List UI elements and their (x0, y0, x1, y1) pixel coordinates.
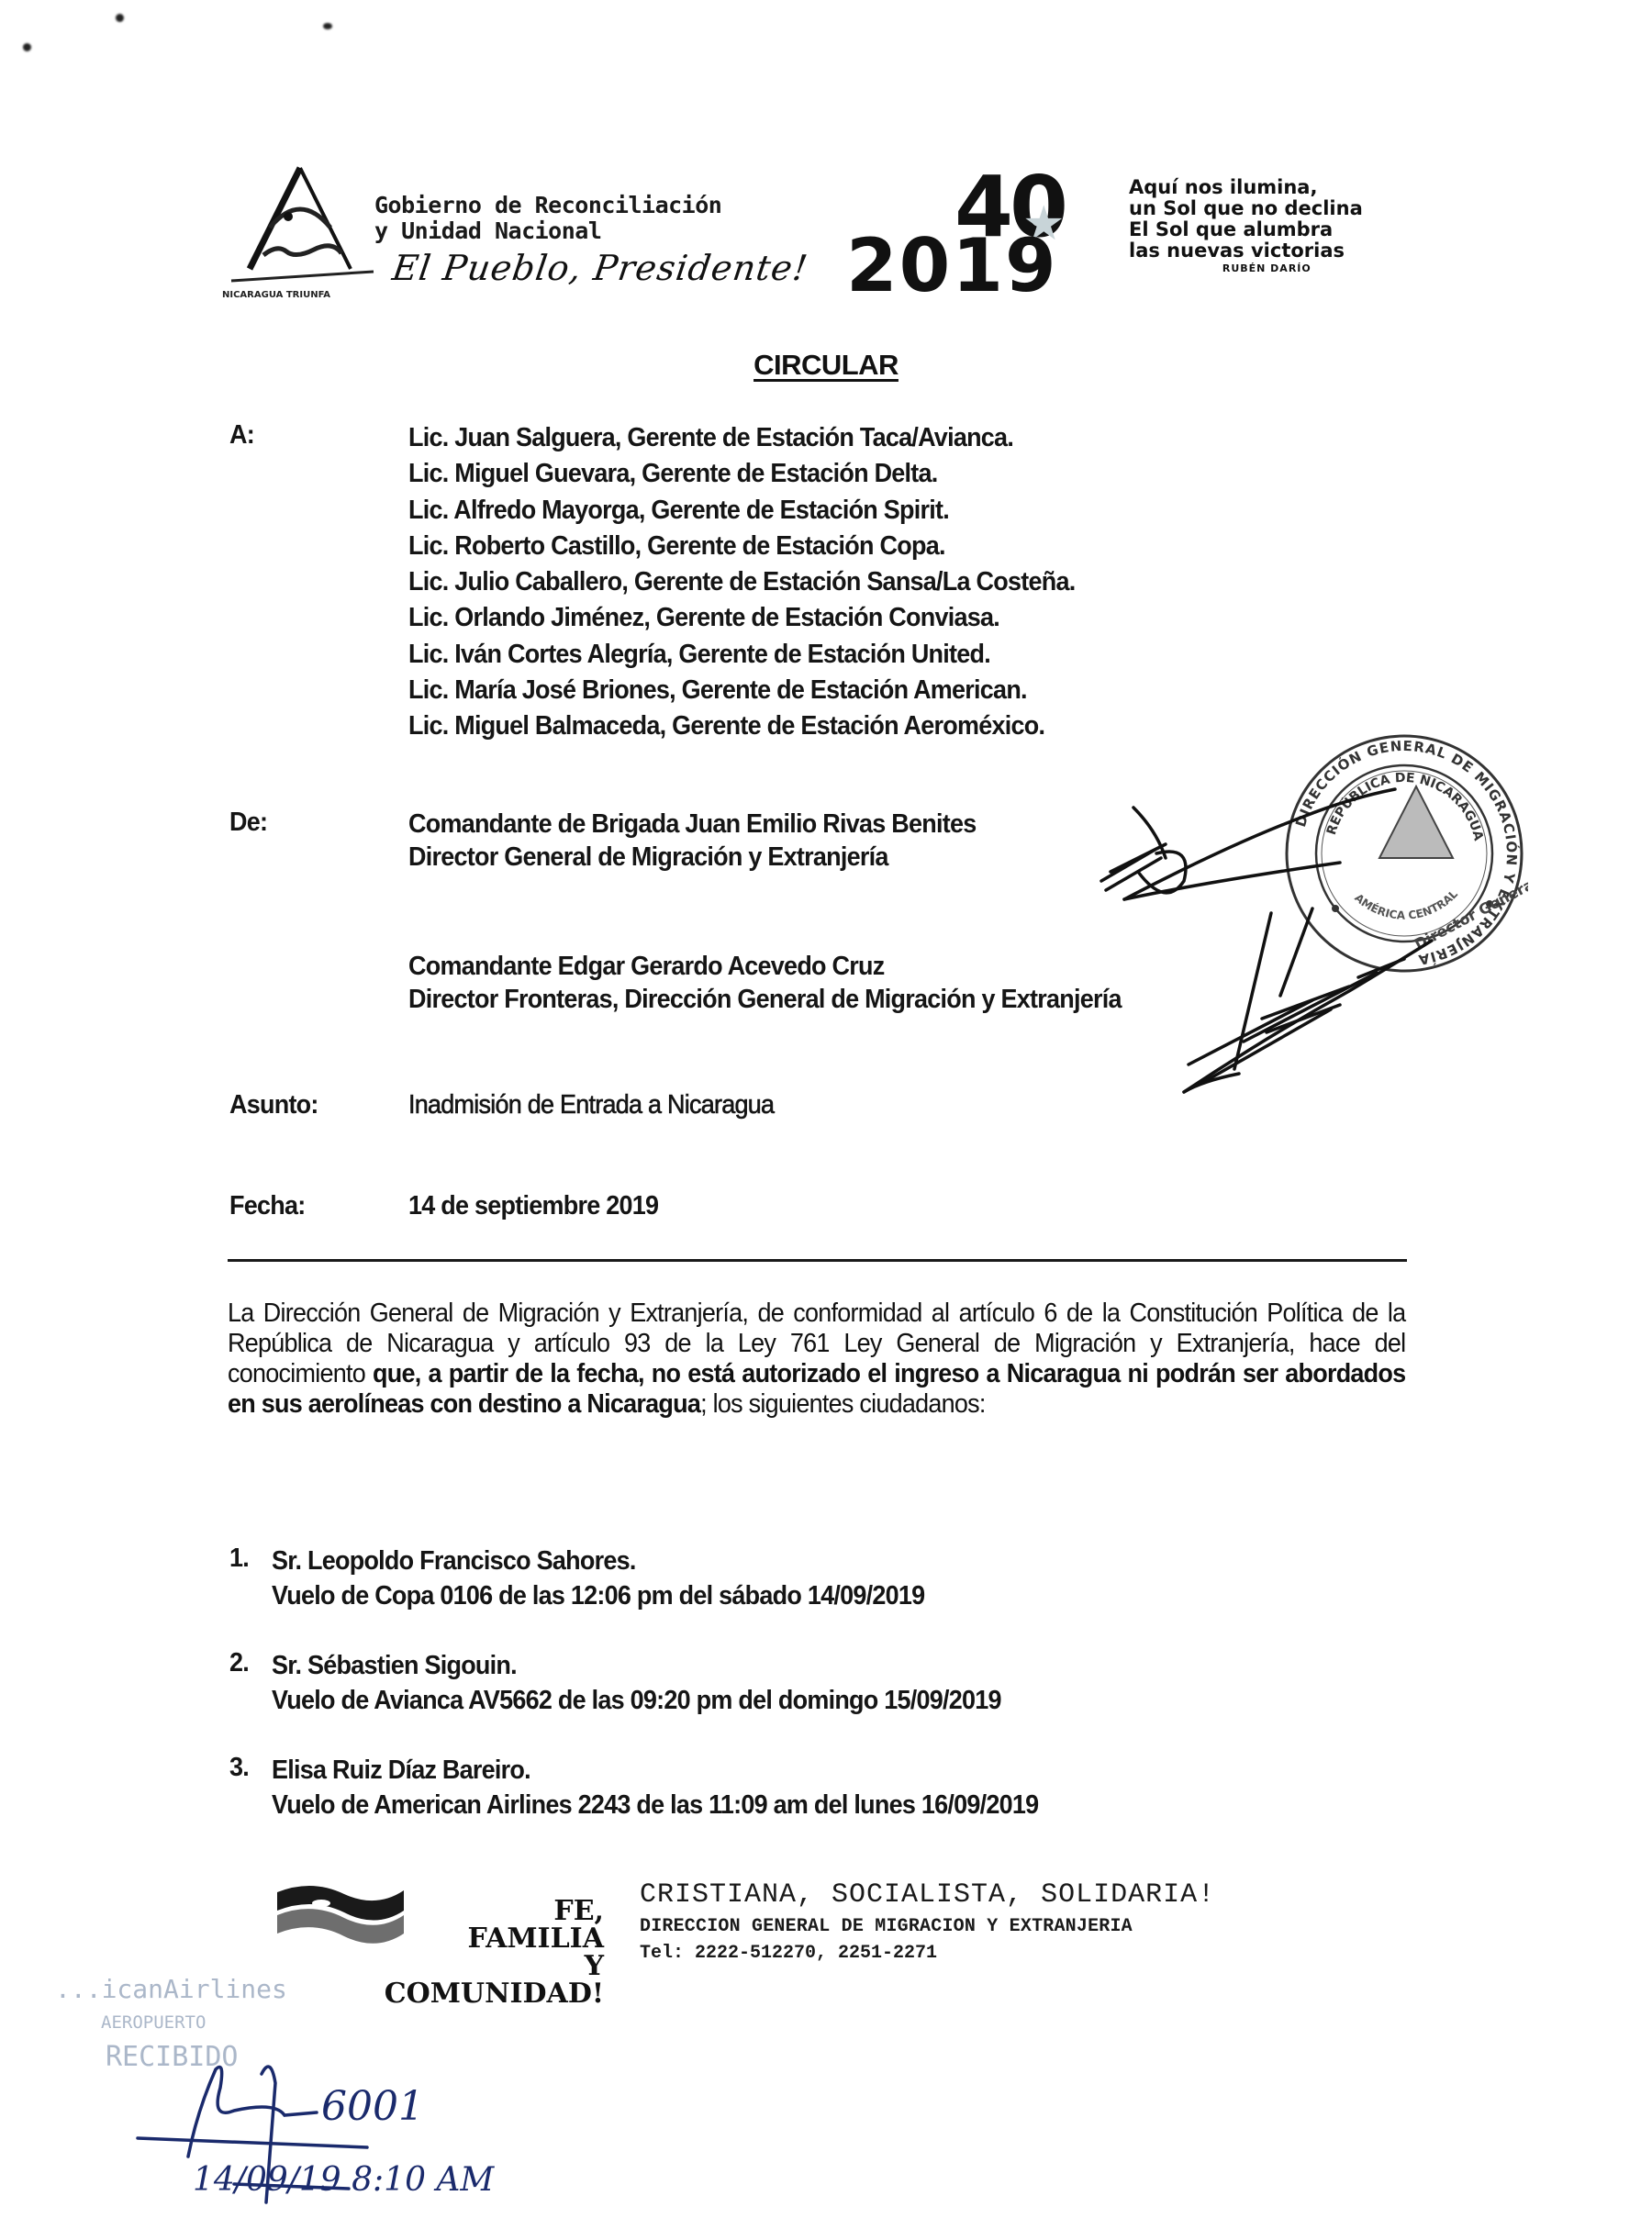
recipient: Lic. Orlando Jiménez, Gerente de Estació… (408, 600, 1075, 636)
scan-speck (116, 14, 124, 22)
document-title: CIRCULAR (0, 349, 1652, 382)
footer-phone: Tel: 2222-512270, 2251-2271 (640, 1941, 1215, 1967)
recipient-list: Lic. Juan Salguera, Gerente de Estación … (408, 420, 1075, 745)
handwritten-slogan: El Pueblo, Presidente! (390, 248, 810, 288)
citizen-name: Sr. Sébastien Sigouin. (272, 1648, 1001, 1683)
government-name: Gobierno de Reconciliación y Unidad Naci… (374, 193, 721, 244)
government-name-line2: y Unidad Nacional (374, 218, 721, 244)
footer-institution: DIRECCION GENERAL DE MIGRACION Y EXTRANJ… (640, 1913, 1215, 1941)
ffc-logo-text: FE, FAMILIA Y COMUNIDAD! (367, 1898, 604, 2008)
ffc-line: FE, (367, 1898, 604, 1925)
stamp-line: AEROPUERTO (55, 2006, 287, 2039)
recipient: Lic. Alfredo Mayorga, Gerente de Estació… (408, 493, 1075, 529)
sender-title: Director General de Migración y Extranje… (408, 841, 976, 874)
handwritten-id: 6001 (321, 2083, 424, 2130)
body-text-end: ; los siguientes ciudadanos: (700, 1389, 986, 1419)
sender-name: Comandante de Brigada Juan Emilio Rivas … (408, 808, 976, 841)
dario-poem: Aquí nos ilumina, un Sol que no declina … (1129, 177, 1363, 276)
government-name-line1: Gobierno de Reconciliación (374, 193, 721, 218)
government-logo: NICARAGUA TRIUNFA (213, 163, 378, 301)
subject: Inadmisión de Entrada a Nicaragua (408, 1090, 774, 1120)
sender-title: Director Fronteras, Dirección General de… (408, 983, 1122, 1016)
list-number: 3. (229, 1753, 249, 1783)
flight-info: Vuelo de Avianca AV5662 de las 09:20 pm … (272, 1683, 1001, 1718)
subject-label: Asunto: (229, 1090, 318, 1120)
svg-text:AMÉRICA CENTRAL: AMÉRICA CENTRAL (1352, 887, 1460, 922)
poem-line: las nuevas victorias (1129, 240, 1363, 262)
handwritten-datetime: 14/09/19 8:10 AM (193, 2161, 494, 2199)
recipient: Lic. Julio Caballero, Gerente de Estació… (408, 564, 1075, 600)
recipient: Lic. Juan Salguera, Gerente de Estación … (408, 420, 1075, 456)
recipient: Lic. María José Briones, Gerente de Esta… (408, 673, 1075, 708)
sender-1: Comandante de Brigada Juan Emilio Rivas … (408, 808, 976, 874)
body-paragraph: La Dirección General de Migración y Extr… (228, 1298, 1405, 1420)
list-item: Sr. Leopoldo Francisco Sahores. Vuelo de… (272, 1544, 924, 1613)
recipient: Lic. Roberto Castillo, Gerente de Estaci… (408, 529, 1075, 564)
poem-line: Aquí nos ilumina, (1129, 177, 1363, 198)
svg-text:NICARAGUA TRIUNFA: NICARAGUA TRIUNFA (222, 290, 330, 300)
received-stamp: ...icanAirlines AEROPUERTO RECIBIDO (55, 1973, 287, 2076)
recipient: Lic. Miguel Balmaceda, Gerente de Estaci… (408, 708, 1075, 744)
list-item: Elisa Ruiz Díaz Bareiro. Vuelo de Americ… (272, 1753, 1038, 1822)
divider (228, 1259, 1407, 1262)
to-label: A: (229, 420, 254, 451)
poem-line: El Sol que alumbra (1129, 219, 1363, 240)
sender-name: Comandante Edgar Gerardo Acevedo Cruz (408, 950, 1122, 983)
footer-contact: CRISTIANA, SOCIALISTA, SOLIDARIA! DIRECC… (640, 1877, 1215, 1967)
from-label: De: (229, 808, 267, 838)
stamp-line: RECIBIDO (55, 2039, 287, 2076)
official-seal: DIRECCIÓN GENERAL DE MIGRACIÓN Y EXTRANJ… (1280, 730, 1528, 977)
scan-speck (23, 43, 31, 51)
date-label: Fecha: (229, 1191, 305, 1221)
citizen-name: Elisa Ruiz Díaz Bareiro. (272, 1753, 1038, 1788)
recipient: Lic. Miguel Guevara, Gerente de Estación… (408, 456, 1075, 492)
list-number: 1. (229, 1544, 249, 1574)
ffc-line: FAMILIA (367, 1925, 604, 1953)
list-item: Sr. Sébastien Sigouin. Vuelo de Avianca … (272, 1648, 1001, 1718)
flight-info: Vuelo de Copa 0106 de las 12:06 pm del s… (272, 1578, 924, 1613)
citizen-name: Sr. Leopoldo Francisco Sahores. (272, 1544, 924, 1578)
footer-motto: CRISTIANA, SOCIALISTA, SOLIDARIA! (640, 1877, 1215, 1913)
poem-line: un Sol que no declina (1129, 198, 1363, 219)
date: 14 de septiembre 2019 (408, 1191, 658, 1221)
anniversary-year: 2019 (846, 229, 1058, 303)
recipient: Lic. Iván Cortes Alegría, Gerente de Est… (408, 637, 1075, 673)
ffc-line: Y COMUNIDAD! (367, 1953, 604, 2008)
list-number: 2. (229, 1648, 249, 1678)
flight-info: Vuelo de American Airlines 2243 de las 1… (272, 1788, 1038, 1822)
seal-lower-text: AMÉRICA CENTRAL (1352, 887, 1460, 922)
poem-author: RUBÉN DARÍO (1129, 262, 1363, 276)
stamp-line: ...icanAirlines (55, 1973, 287, 2006)
scan-speck (323, 23, 332, 29)
sender-2: Comandante Edgar Gerardo Acevedo Cruz Di… (408, 950, 1122, 1016)
